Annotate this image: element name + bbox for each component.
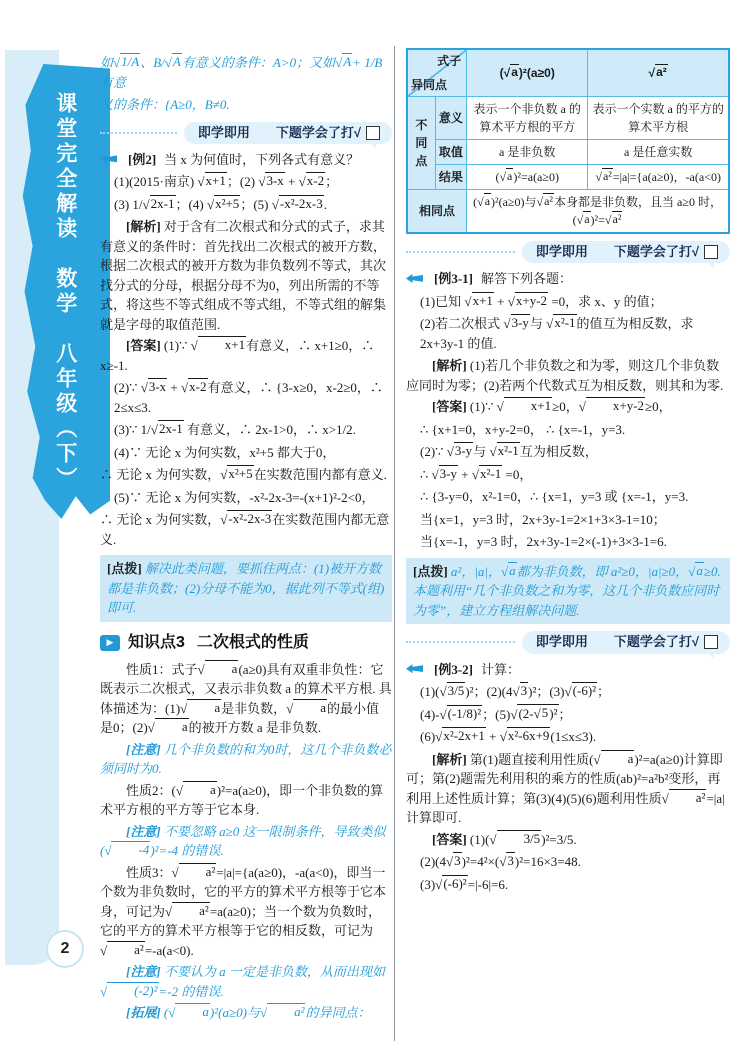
note3-tag: [注意] xyxy=(126,964,161,979)
dotted-line xyxy=(406,641,515,643)
practice-pill-title: 即学即用 xyxy=(536,244,588,260)
example31-line2: (2)若二次根式 √3-y与 √x²-1的值互为相反数，求 2x+3y-1 的值… xyxy=(406,314,730,353)
dotted-line xyxy=(406,251,515,253)
analysis32-paragraph: [解析] 第(1)题直接利用性质(√a)²=a(a≥0)计算即可；第(2)题需先… xyxy=(406,750,730,828)
example31-tag: [例3-1] xyxy=(434,269,473,289)
note2-tag: [注意] xyxy=(126,824,161,839)
dotted-line xyxy=(100,132,177,134)
table-same-text: (√a)²(a≥0)与√a²本身都是非负数，且当 a≥0 时，(√a)²=√a² xyxy=(467,190,729,234)
practice-banner: 即学即用 下题学会了打√ xyxy=(100,122,392,144)
knowledge-point-3-header: ▶ 知识点3 二次根式的性质 xyxy=(100,631,392,655)
table-col2-header: √a² xyxy=(588,49,729,97)
example32-header: [例3-2] 计算： xyxy=(406,660,730,680)
extension-text: (√a)²(a≥0)与√a²的异同点： xyxy=(164,1005,371,1020)
practice-pill: 即学即用 下题学会了打√ xyxy=(522,241,730,263)
example2-tag: [例2] xyxy=(128,150,156,170)
table-row3-cell2: √a²=|a|={a(a≥0)，-a(a<0) xyxy=(588,165,729,190)
tip2-box: [点拨] 解决此类问题，要抓住两点：(1)被开方数都是非负数；(2)分母不能为0… xyxy=(100,555,392,622)
table-row-range: 取值 a 是非负数 a 是任意实数 xyxy=(407,140,729,165)
answer31-line1-text: (1)∵ √x+1≥0，√x+y-2≥0， xyxy=(470,399,672,414)
column-divider xyxy=(394,46,395,1041)
knowledge-point-number: 知识点3 xyxy=(128,631,185,655)
checkbox-icon xyxy=(366,126,380,140)
answer32-line1-text: (1)(√3/5)²=3/5. xyxy=(470,832,577,847)
table-row2-cell1: a 是非负数 xyxy=(467,140,588,165)
table-col1-header: (√a)²(a≥0) xyxy=(467,49,588,97)
practice-banner-2: 即学即用 下题学会了打√ xyxy=(406,241,730,263)
answer32-line2: (2)(4√3)²=4²×(√3)²=16×3=48. xyxy=(406,852,730,872)
analysis32-tag: [解析] xyxy=(432,752,467,767)
answer31-line6: 当{x=1，y=3 时，2x+3y-1=2×1+3×3-1=10； xyxy=(406,510,730,530)
corner-label-bottom: 异同点 xyxy=(411,76,447,94)
example31-header: [例3-1] 解答下列各题： xyxy=(406,269,730,289)
table-row1-cell2: 表示一个实数 a 的平方的算术平方根 xyxy=(588,97,729,140)
example2-header: [例2] 当 x 为何值时，下列各式有意义？ xyxy=(100,150,392,170)
left-column: 如√1/A、B/√A有意义的条件：A>0；又如√A+ 1/B 有意 义的条件：{… xyxy=(100,50,392,1025)
practice-banner-3: 即学即用 下题学会了打√ xyxy=(406,631,730,653)
table-row2-cell2: a 是任意实数 xyxy=(588,140,729,165)
answer31-line1: [答案] (1)∵ √x+1≥0，√x+y-2≥0， xyxy=(406,397,730,417)
example2-line1: (1)(2015·南京) √x+1；(2) √3-x + √x-2； xyxy=(100,172,392,192)
table-same-label: 相同点 xyxy=(407,190,467,234)
extension-paragraph: [拓展] (√a)²(a≥0)与√a²的异同点： xyxy=(100,1003,392,1023)
checkbox-icon xyxy=(704,245,718,259)
tip2-tag: [点拨] xyxy=(107,561,142,576)
tip31-text: a²，|a|，√a都为非负数，即 a²≥0，|a|≥0，√a≥0. 本题利用“几… xyxy=(413,564,721,618)
table-group-label: 不同点 xyxy=(407,97,435,190)
practice-pill-check-text: 下题学会了打√ xyxy=(614,244,699,260)
answer32-line3: (3)√(-6)²=|-6|=6. xyxy=(406,875,730,895)
practice-pill-check-text: 下题学会了打√ xyxy=(614,634,699,650)
analysis31-paragraph: [解析] (1)若几个非负数之和为零，则这几个非负数应同时为零；(2)若两个代数… xyxy=(406,356,730,395)
analysis31-tag: [解析] xyxy=(432,358,467,373)
table-corner-cell: 式子 异同点 xyxy=(407,49,467,97)
property3-paragraph: 性质3：√a²=|a|={a(a≥0)，-a(a<0)，即当一个数为非负数时，它… xyxy=(100,863,392,961)
example31-line1: (1)已知 √x+1 + √x+y-2 =0，求 x、y 的值； xyxy=(406,292,730,312)
answer2-tag: [答案] xyxy=(126,338,161,353)
comparison-table: 式子 异同点 (√a)²(a≥0) √a² 不同点 意义 表示一个非负数 a 的… xyxy=(406,48,730,234)
practice-pill: 即学即用 下题学会了打√ xyxy=(184,122,392,144)
answer2-line5: ∴ 无论 x 为何实数，√x²+5在实数范围内都有意义. xyxy=(100,465,392,485)
example2-line2: (3) 1/√2x-1；(4) √x²+5；(5) √-x²-2x-3. xyxy=(100,195,392,215)
practice-pill-check-text: 下题学会了打√ xyxy=(276,125,361,141)
answer2-line1: [答案] (1)∵ √x+1有意义，∴ x+1≥0，∴ x≥-1. xyxy=(100,336,392,375)
analysis2-tag: [解析] xyxy=(126,219,161,234)
right-column: 式子 异同点 (√a)²(a≥0) √a² 不同点 意义 表示一个非负数 a 的… xyxy=(406,48,730,897)
answer2-line4: (4)∵ 无论 x 为何实数，x²+5 都大于0， xyxy=(100,443,392,463)
example2-title: 当 x 为何值时，下列各式有意义？ xyxy=(164,150,359,170)
answer31-line5: ∴ {3-y=0，x²-1=0，∴ {x=1，y=3 或 {x=-1，y=3. xyxy=(406,487,730,507)
tip2-text: 解决此类问题，要抓住两点：(1)被开方数都是非负数；(2)分母不能为0，据此列不… xyxy=(107,561,384,615)
answer31-line3: (2)∵ √3-y与 √x²-1互为相反数， xyxy=(406,442,730,462)
page-number-badge: 2 xyxy=(46,930,84,968)
intro-note-line1: 如√1/A、B/√A有意义的条件：A>0；又如√A+ 1/B 有意 xyxy=(100,53,392,92)
answer31-tag: [答案] xyxy=(432,399,467,414)
property1-paragraph: 性质1：式子√a(a≥0)具有双重非负性：它既表示二次根式，又表示非负数 a 的… xyxy=(100,660,392,738)
example32-line3: (6)√x²-2x+1 + √x²-6x+9(1≤x≤3). xyxy=(406,727,730,747)
example-pointer-icon xyxy=(406,274,423,284)
practice-pill-title: 即学即用 xyxy=(536,634,588,650)
corner-label-top: 式子 xyxy=(437,52,461,70)
answer32-line1: [答案] (1)(√3/5)²=3/5. xyxy=(406,830,730,850)
practice-pill: 即学即用 下题学会了打√ xyxy=(522,631,730,653)
textbook-page: { "colors":{"accent_blue":"#2ba4dd","pal… xyxy=(0,0,750,1061)
answer31-line7: 当{x=-1，y=3 时，2x+3y-1=2×(-1)+3×3-1=6. xyxy=(406,532,730,552)
example32-line1: (1)(√3/5)²；(2)(4√3)²；(3)√(-6)²； xyxy=(406,682,730,702)
property2-paragraph: 性质2：(√a)²=a(a≥0)，即一个非负数的算术平方根的平方等于它本身. xyxy=(100,781,392,820)
answer2-line6: (5)∵ 无论 x 为何实数，-x²-2x-3=-(x+1)²-2<0， xyxy=(100,488,392,508)
note1-tag: [注意] xyxy=(126,742,161,757)
example32-tag: [例3-2] xyxy=(434,660,473,680)
note2-paragraph: [注意] 不要忽略 a≥0 这一限制条件，导致类似(√-4)²=-4 的错误. xyxy=(100,822,392,861)
knowledge-point-title: 二次根式的性质 xyxy=(197,631,309,655)
table-row1-label: 意义 xyxy=(435,97,466,140)
example32-title: 计算： xyxy=(481,660,520,680)
play-icon: ▶ xyxy=(100,635,120,651)
table-row-same: 相同点 (√a)²(a≥0)与√a²本身都是非负数，且当 a≥0 时，(√a)²… xyxy=(407,190,729,234)
table-row3-cell1: (√a)²=a(a≥0) xyxy=(467,165,588,190)
note3-paragraph: [注意] 不要认为 a 一定是非负数，从而出现如√(-2)²=-2 的错误. xyxy=(100,962,392,1001)
table-row1-cell1: 表示一个非负数 a 的算术平方根的平方 xyxy=(467,97,588,140)
example32-line2: (4)-√(-1/8)²；(5)√(2-√5)²； xyxy=(406,705,730,725)
table-row-meaning: 不同点 意义 表示一个非负数 a 的算术平方根的平方 表示一个实数 a 的平方的… xyxy=(407,97,729,140)
intro-note-line2: 义的条件：{A≥0，B≠0. xyxy=(100,95,392,115)
note1-paragraph: [注意] 几个非负数的和为0时，这几个非负数必须同时为0. xyxy=(100,740,392,779)
table-header-row: 式子 异同点 (√a)²(a≥0) √a² xyxy=(407,49,729,97)
answer2-line7: ∴ 无论 x 为何实数，√-x²-2x-3在实数范围内都无意义. xyxy=(100,510,392,549)
answer31-line4: ∴ √3-y + √x²-1 =0， xyxy=(406,465,730,485)
extension-tag: [拓展] xyxy=(126,1005,161,1020)
table-row3-label: 结果 xyxy=(435,165,466,190)
practice-pill-title: 即学即用 xyxy=(198,125,250,141)
book-title: 课堂完全解读 数学 八年级（下） xyxy=(49,92,81,492)
answer2-line2: (2)∵ √3-x + √x-2有意义，∴ {3-x≥0，x-2≥0，∴ 2≤x… xyxy=(100,378,392,417)
checkbox-icon xyxy=(704,635,718,649)
tip31-box: [点拨] a²，|a|，√a都为非负数，即 a²≥0，|a|≥0，√a≥0. 本… xyxy=(406,558,730,625)
analysis2-text: 对于含有二次根式和分式的式子，求其有意义的条件时：首先找出二次根式的被开方数，根… xyxy=(100,219,386,332)
answer32-tag: [答案] xyxy=(432,832,467,847)
tip31-tag: [点拨] xyxy=(413,564,448,579)
table-row-result: 结果 (√a)²=a(a≥0) √a²=|a|={a(a≥0)，-a(a<0) xyxy=(407,165,729,190)
example31-title: 解答下列各题： xyxy=(481,269,572,289)
analysis2-paragraph: [解析] 对于含有二次根式和分式的式子，求其有意义的条件时：首先找出二次根式的被… xyxy=(100,217,392,334)
answer31-line2: ∴ {x+1=0，x+y-2=0， ∴ {x=-1，y=3. xyxy=(406,420,730,440)
example-pointer-icon xyxy=(406,664,423,674)
table-row2-label: 取值 xyxy=(435,140,466,165)
example-pointer-icon xyxy=(100,155,117,165)
answer2-line3: (3)∵ 1/√2x-1 有意义，∴ 2x-1>0，∴ x>1/2. xyxy=(100,420,392,440)
